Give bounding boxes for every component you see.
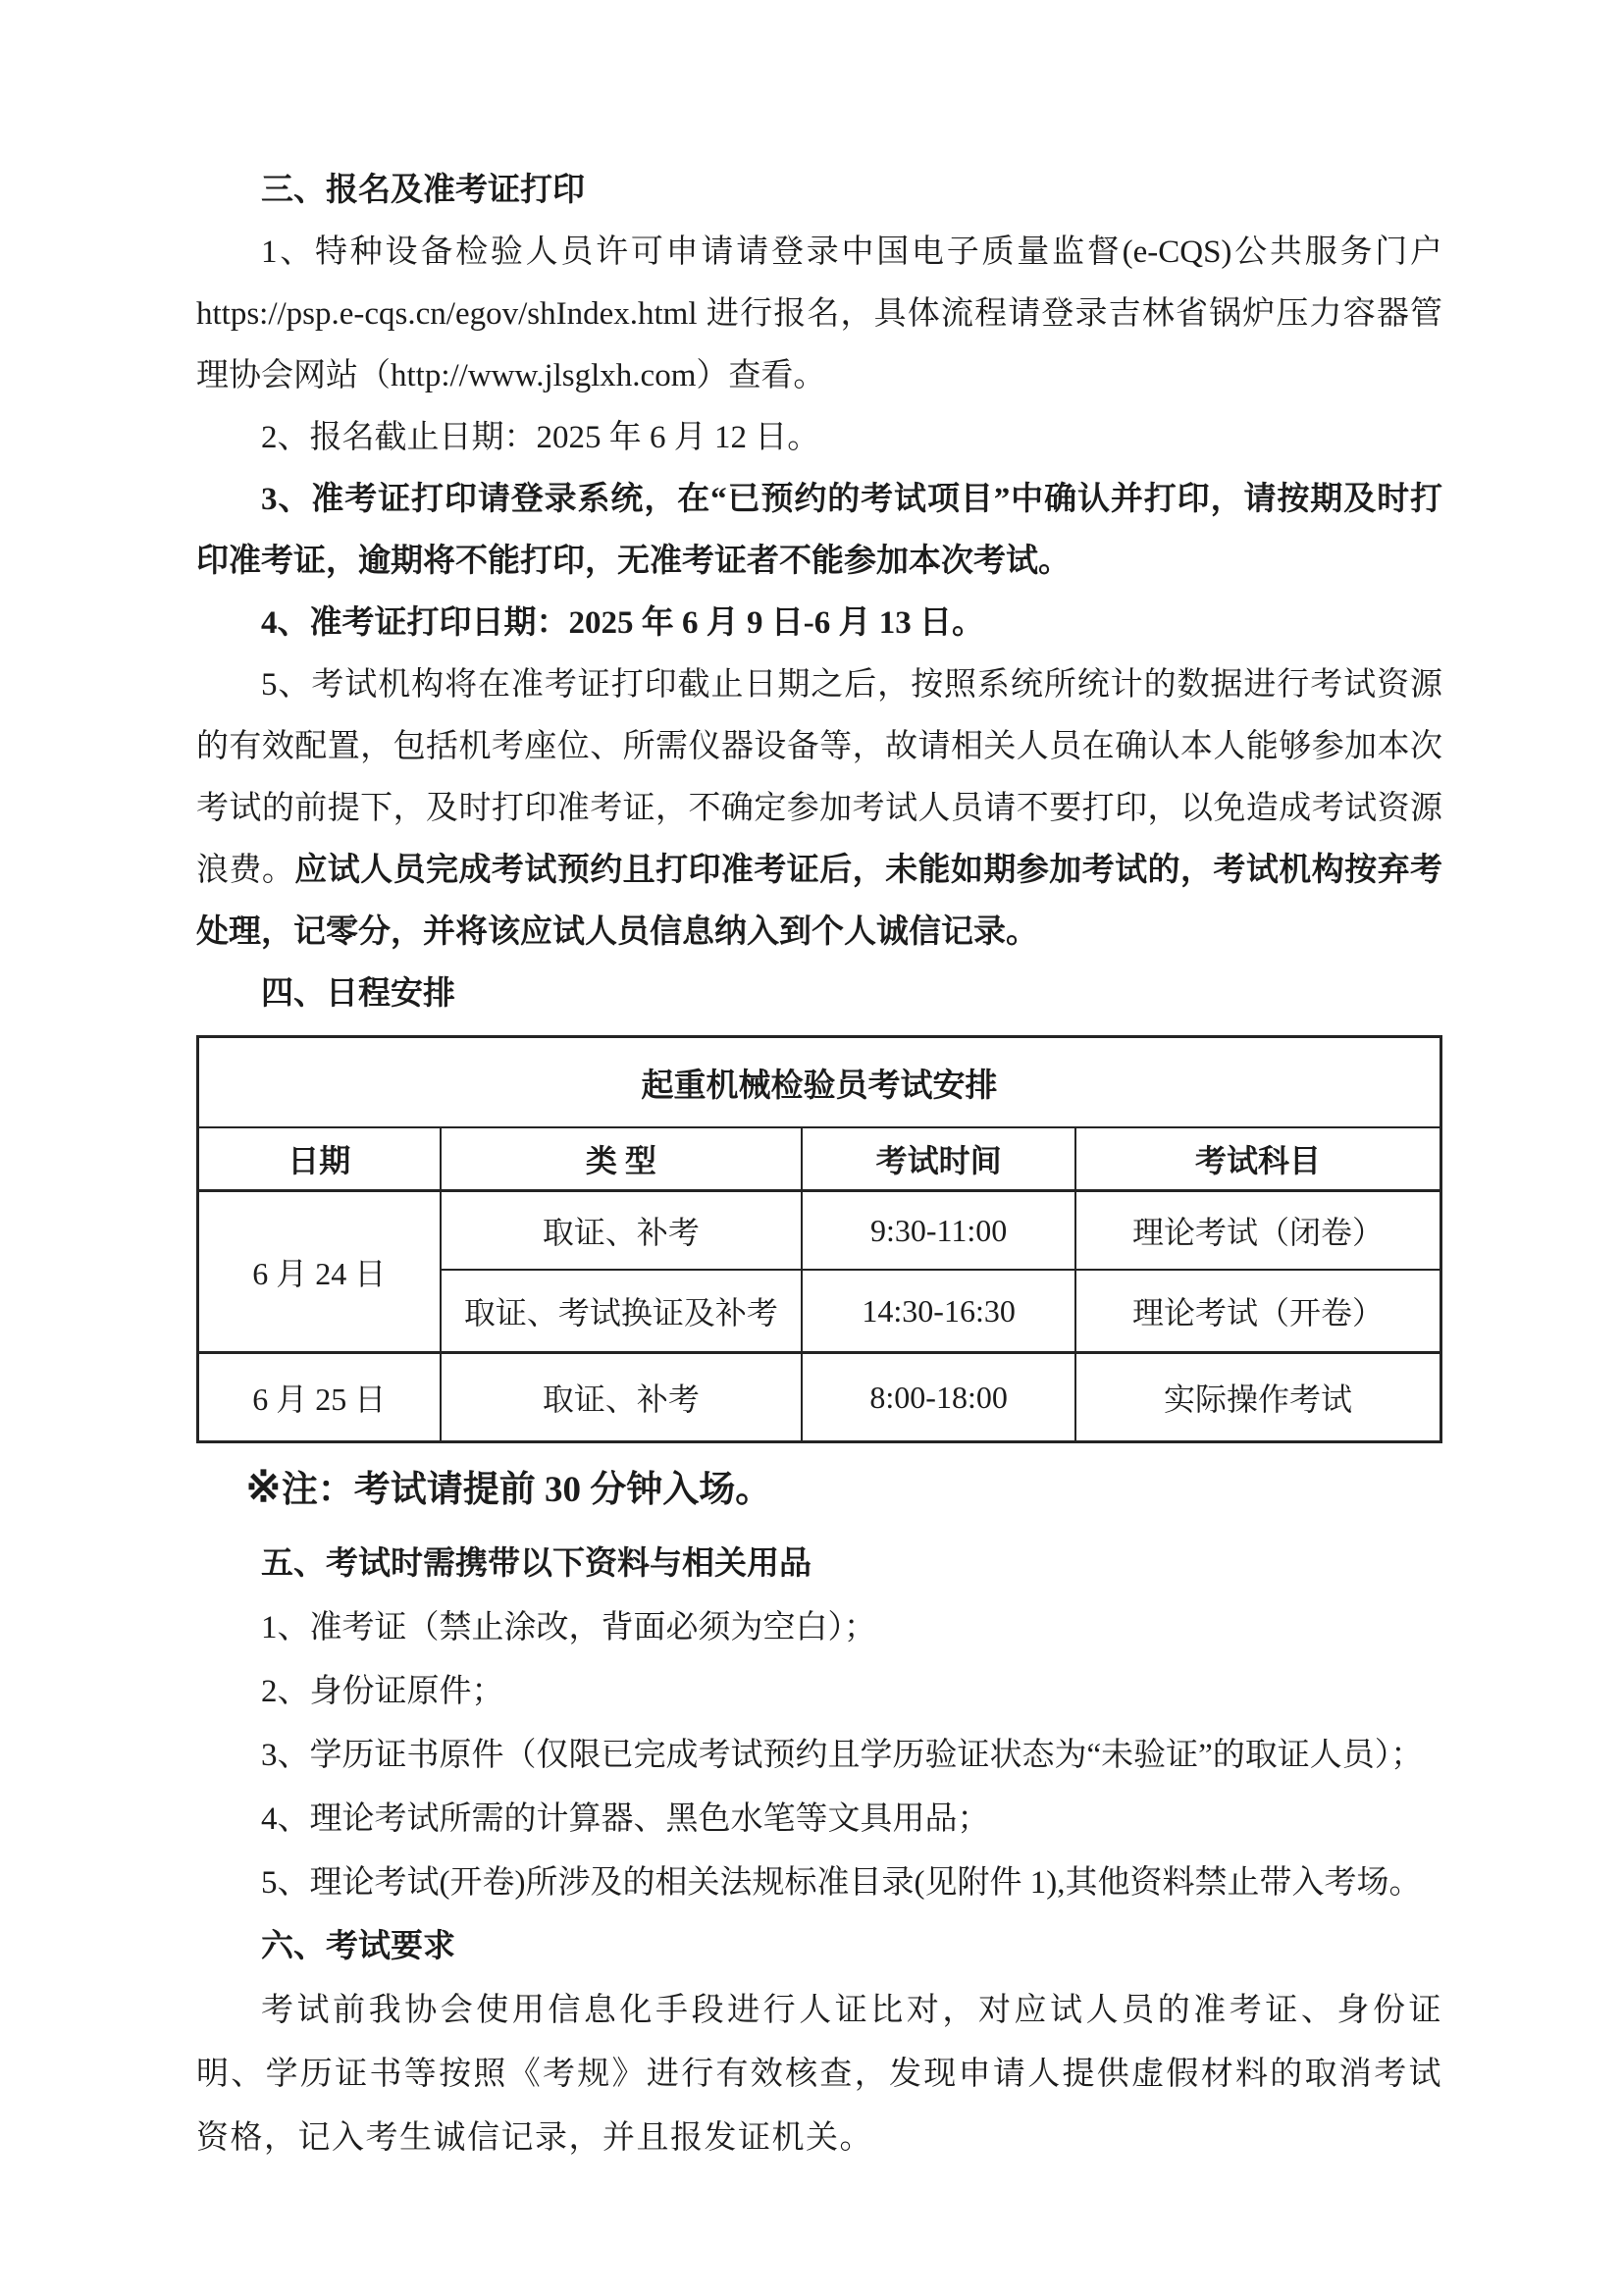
registration-deadline-text: 2、报名截止日期：2025 年 6 月 12 日。	[261, 420, 819, 455]
entry-time-note: ※注：考试请提前 30 分钟入场。	[196, 1459, 1442, 1519]
section-heading-schedule-text: 四、日程安排	[261, 976, 455, 1012]
entry-time-note-text: 注：考试请提前 30 分钟入场。	[282, 1470, 772, 1510]
materials-item-diploma: 3、学历证书原件（仅限已完成考试预约且学历验证状态为“未验证”的取证人员）；	[196, 1724, 1442, 1788]
paragraph-ticket-print-instructions: 3、准考证打印请登录系统，在“已预约的考试项目”中确认并打印，请按期及时打印准考…	[196, 469, 1442, 593]
cell-time-june25: 8:00-18:00	[802, 1353, 1075, 1442]
paragraph-1-text: 1、特种设备检验人员许可申请请登录中国电子质量监督(e-CQS)公共服务门户	[261, 235, 1442, 270]
section-heading-schedule: 四、日程安排	[196, 964, 1442, 1025]
table-title: 起重机械检验员考试安排	[198, 1037, 1441, 1128]
section-heading-materials-text: 五、考试时需携带以下资料与相关用品	[261, 1546, 811, 1582]
exam-schedule-table: 起重机械检验员考试安排 日期 类 型 考试时间 考试科目 6 月 24 日 取证…	[196, 1035, 1442, 1443]
ticket-print-dates-text: 4、准考证打印日期：2025 年 6 月 9 日-6 月 13 日。	[261, 605, 984, 641]
cell-type-june24-afternoon: 取证、考试换证及补考	[441, 1270, 803, 1353]
materials-item-admission-ticket: 1、准考证（禁止涂改，背面必须为空白）；	[196, 1596, 1442, 1660]
table-row-june24-morning: 6 月 24 日 取证、补考 9:30-11:00 理论考试（闭卷）	[198, 1191, 1441, 1271]
column-header-subject: 考试科目	[1075, 1127, 1441, 1191]
cell-type-june25: 取证、补考	[441, 1353, 803, 1442]
document-content: 三、报名及准考证打印 1、特种设备检验人员许可申请请登录中国电子质量监督(e-C…	[196, 160, 1442, 2170]
column-header-date: 日期	[198, 1127, 441, 1191]
association-website-url: http://www.jlsglxh.com	[391, 358, 696, 393]
cell-subject-june24-afternoon: 理论考试（开卷）	[1075, 1270, 1441, 1353]
document-page: 三、报名及准考证打印 1、特种设备检验人员许可申请请登录中国电子质量监督(e-C…	[0, 0, 1623, 2296]
upper-text-block: 三、报名及准考证打印 1、特种设备检验人员许可申请请登录中国电子质量监督(e-C…	[196, 160, 1442, 1025]
paragraph-registration-portal: 1、特种设备检验人员许可申请请登录中国电子质量监督(e-CQS)公共服务门户 h…	[196, 222, 1442, 407]
section-heading-materials: 五、考试时需携带以下资料与相关用品	[196, 1533, 1442, 1596]
materials-item-id-card: 2、身份证原件；	[196, 1660, 1442, 1724]
section-heading-requirements: 六、考试要求	[196, 1915, 1442, 1979]
cell-date-june25: 6 月 25 日	[198, 1353, 441, 1442]
materials-item-reference-catalog: 5、理论考试(开卷)所涉及的相关法规标准目录(见附件 1),其他资料禁止带入考场…	[196, 1852, 1442, 1915]
identity-verification-text: 考试前我协会使用信息化手段进行人证比对，对应试人员的准考证、身份证明、学历证书等…	[196, 1993, 1442, 2156]
table-header-row: 日期 类 型 考试时间 考试科目	[198, 1127, 1441, 1191]
column-header-time: 考试时间	[802, 1127, 1075, 1191]
section-heading-registration-text: 三、报名及准考证打印	[261, 173, 585, 208]
resource-allocation-bold-text: 应试人员完成考试预约且打印准考证后，未能如期参加考试的，考试机构按弃考处理，记零…	[196, 853, 1442, 950]
paragraph-registration-deadline: 2、报名截止日期：2025 年 6 月 12 日。	[196, 407, 1442, 469]
registration-portal-url: https://psp.e-cqs.cn/egov/shIndex.html	[196, 296, 698, 332]
paragraph-identity-verification: 考试前我协会使用信息化手段进行人证比对，对应试人员的准考证、身份证明、学历证书等…	[196, 1979, 1442, 2170]
ticket-print-instructions-text: 3、准考证打印请登录系统，在“已预约的考试项目”中确认并打印，请按期及时打印准考…	[196, 482, 1442, 579]
paragraph-resource-allocation: 5、考试机构将在准考证打印截止日期之后，按照系统所统计的数据进行考试资源的有效配…	[196, 654, 1442, 964]
cell-subject-june25: 实际操作考试	[1075, 1353, 1441, 1442]
table-title-row: 起重机械检验员考试安排	[198, 1037, 1441, 1128]
cell-time-june24-morning: 9:30-11:00	[802, 1191, 1075, 1271]
section-heading-registration: 三、报名及准考证打印	[196, 160, 1442, 222]
cell-time-june24-afternoon: 14:30-16:30	[802, 1270, 1075, 1353]
reference-mark-icon: ※	[245, 1463, 282, 1511]
column-header-type: 类 型	[441, 1127, 803, 1191]
cell-subject-june24-morning: 理论考试（闭卷）	[1075, 1191, 1441, 1271]
paragraph-1-end-text: ）查看。	[696, 358, 825, 393]
cell-date-june24: 6 月 24 日	[198, 1191, 441, 1353]
materials-item-stationery: 4、理论考试所需的计算器、黑色水笔等文具用品；	[196, 1788, 1442, 1852]
table-row-june25: 6 月 25 日 取证、补考 8:00-18:00 实际操作考试	[198, 1353, 1441, 1442]
cell-type-june24-morning: 取证、补考	[441, 1191, 803, 1271]
section-heading-requirements-text: 六、考试要求	[261, 1929, 455, 1964]
paragraph-ticket-print-dates: 4、准考证打印日期：2025 年 6 月 9 日-6 月 13 日。	[196, 593, 1442, 654]
lower-text-block: ※注：考试请提前 30 分钟入场。 五、考试时需携带以下资料与相关用品 1、准考…	[196, 1459, 1442, 2170]
